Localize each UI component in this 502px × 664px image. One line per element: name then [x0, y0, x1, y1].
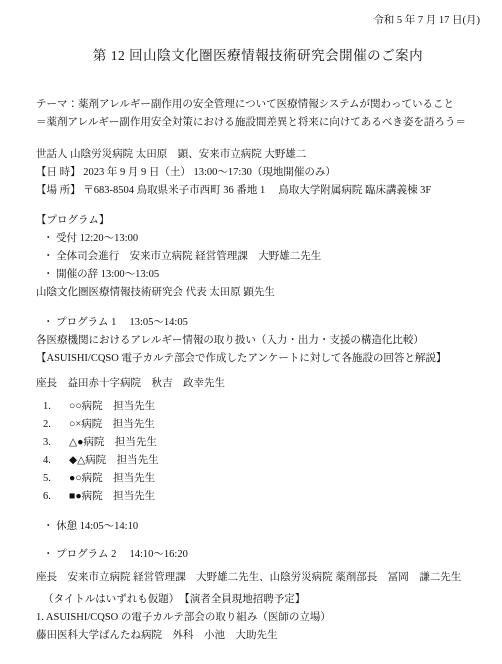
- list-item-text: ■●病院 担当先生: [69, 491, 155, 502]
- break-line: ・ 休憩 14:05～14:10: [36, 518, 480, 536]
- list-item: 5.●○病院 担当先生: [36, 470, 480, 488]
- list-item-number: 5.: [43, 470, 69, 488]
- venue-line: 【場 所】 〒683-8504 鳥取県米子市西町 36 番地 1 鳥取大学附属病…: [36, 182, 480, 200]
- program2-note: （タイトルはいずれも仮題） 【演者全員現地招聘予定】: [36, 591, 480, 609]
- document-date: 令和 5 年 7 月 17 日(月): [36, 12, 480, 30]
- program2-title: ・ プログラム 2 14:10～16:20: [36, 546, 480, 564]
- list-item-text: ○○病院 担当先生: [69, 401, 155, 412]
- program2-item-1: 1. ASUISHI/CQSO の電子カルテ部会の取り組み（医師の立場）: [36, 609, 480, 627]
- organizer-line: 世話人 山陰労災病院 太田原 顕、安来市立病院 大野雄二: [36, 146, 480, 164]
- list-item: 1.○○病院 担当先生: [36, 398, 480, 416]
- list-item-text: ○×病院 担当先生: [69, 419, 155, 430]
- program2-chair: 座長 安来市立病院 経営管理課 大野雄二先生、山陰労災病院 薬剤部長 冨岡 謙二…: [36, 569, 480, 587]
- page-title: 第 12 回山陰文化圏医療情報技術研究会開催のご案内: [36, 46, 480, 66]
- program1-title: ・ プログラム 1 13:05～14:05: [36, 314, 480, 332]
- theme-line-2: ＝薬剤アレルギー副作用安全対策における施設間差異と将来に向けてあるべき姿を語ろう…: [36, 114, 480, 132]
- program-opening: ・ 開催の辞 13:00～13:05: [36, 266, 480, 284]
- list-item-number: 6.: [43, 488, 69, 506]
- program1-chair: 座長 益田赤十字病院 秋吉 政幸先生: [36, 375, 480, 393]
- program1-description: 各医療機関におけるアレルギー情報の取り扱い（入力・出力・支援の構造化比較）: [36, 332, 480, 350]
- list-item-number: 1.: [43, 398, 69, 416]
- program2-item-1-speaker: 藤田医科大学ばんたね病院 外科 小池 大助先生: [36, 627, 480, 645]
- program1-note: 【ASUISHI/CQSO 電子カルテ部会で作成したアンケートに対して各施設の回…: [36, 350, 480, 368]
- list-item: 4.◆△病院 担当先生: [36, 452, 480, 470]
- list-item-number: 3.: [43, 434, 69, 452]
- program-reception: ・ 受付 12:20～13:00: [36, 230, 480, 248]
- program-moderator: ・ 全体司会進行 安来市立病院 経営管理課 大野雄二先生: [36, 248, 480, 266]
- datetime-line: 【日 時】 2023 年 9 月 9 日（土） 13:00～17:30（現地開催…: [36, 164, 480, 182]
- list-item: 6.■●病院 担当先生: [36, 488, 480, 506]
- list-item-text: △●病院 担当先生: [69, 437, 157, 448]
- document-page: 令和 5 年 7 月 17 日(月) 第 12 回山陰文化圏医療情報技術研究会開…: [0, 0, 502, 664]
- list-item-text: ●○病院 担当先生: [69, 473, 155, 484]
- theme-line-1: テーマ：薬剤アレルギー副作用の安全管理について医療情報システムが関わっていること: [36, 96, 480, 114]
- program1-hospital-list: 1.○○病院 担当先生 2.○×病院 担当先生 3.△●病院 担当先生 4.◆△…: [36, 398, 480, 506]
- list-item-number: 4.: [43, 452, 69, 470]
- list-item: 2.○×病院 担当先生: [36, 416, 480, 434]
- list-item: 3.△●病院 担当先生: [36, 434, 480, 452]
- program-header: 【プログラム】: [36, 212, 480, 230]
- program-representative: 山陰文化圏医療情報技術研究会 代表 太田原 顕先生: [36, 284, 480, 302]
- list-item-text: ◆△病院 担当先生: [69, 455, 159, 466]
- list-item-number: 2.: [43, 416, 69, 434]
